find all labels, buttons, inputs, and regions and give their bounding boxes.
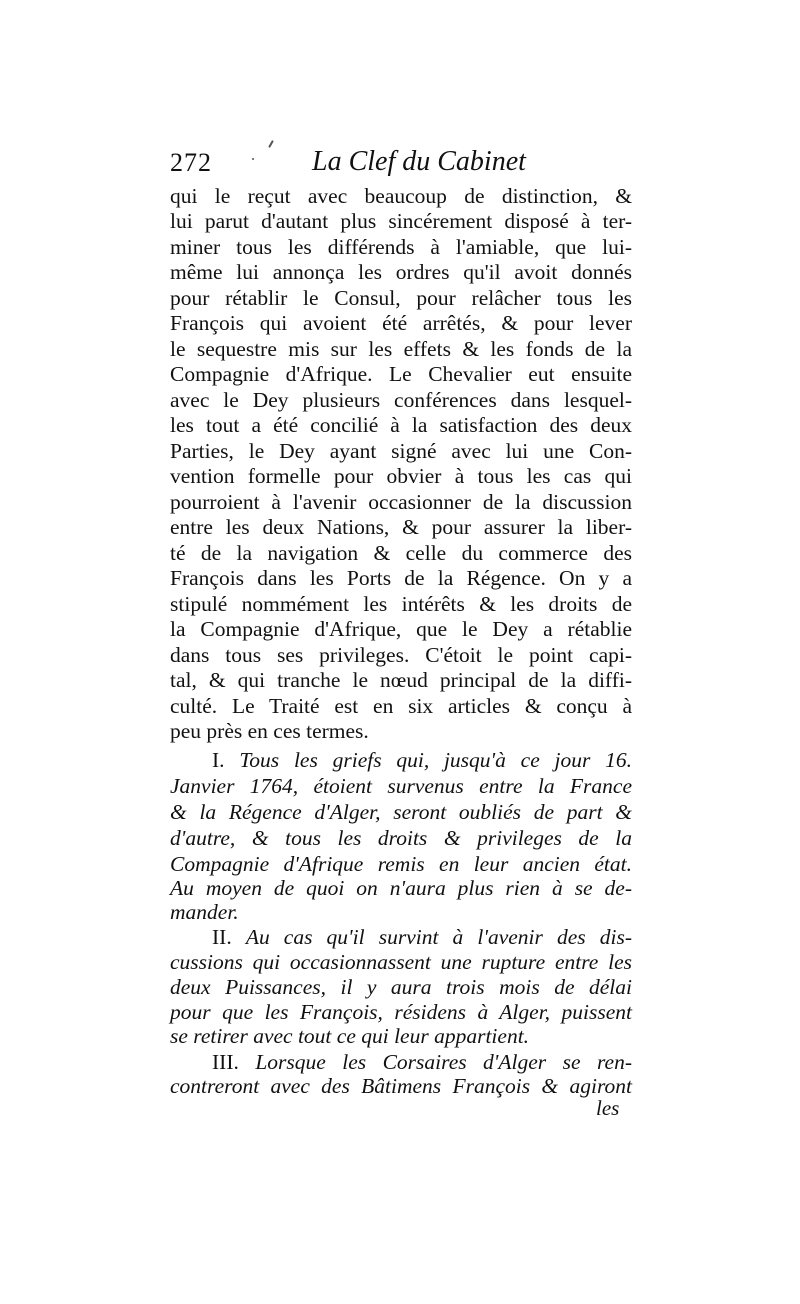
text-line: tal, & qui tranche le nœud principal de … xyxy=(170,668,632,693)
text-line: Compagnie d'Afrique. Le Chevalier eut en… xyxy=(170,362,632,387)
text-line: culté. Le Traité est en six articles & c… xyxy=(170,694,632,719)
text-line: miner tous les différends à l'amiable, q… xyxy=(170,235,632,260)
text-line: François dans les Ports de la Régence. O… xyxy=(170,566,632,591)
text-line: lui parut d'autant plus sincérement disp… xyxy=(170,209,632,234)
text-line: la Compagnie d'Afrique, que le Dey a rét… xyxy=(170,617,632,642)
article-text: Lorsque les Corsaires d'Alger se ren- xyxy=(255,1050,632,1074)
text-line: entre les deux Nations, & pour assurer l… xyxy=(170,515,632,540)
article-line: d'autre, & tous les droits & privileges … xyxy=(170,826,632,851)
article-line: cussions qui occasionnassent une rupture… xyxy=(170,950,632,975)
book-page: 272 La Clef du Cabinet qui le reçut avec… xyxy=(0,0,800,1304)
article-line: deux Puissances, il y aura trois mois de… xyxy=(170,975,632,1000)
article-line: Compagnie d'Afrique remis en leur ancien… xyxy=(170,852,632,877)
text-line: François qui avoient été arrêtés, & pour… xyxy=(170,311,632,336)
article-first-line: I. Tous les griefs qui, jusqu'à ce jour … xyxy=(212,748,632,773)
article-line: pour que les François, résidens à Alger,… xyxy=(170,1000,632,1025)
article-line: & la Régence d'Alger, seront oubliés de … xyxy=(170,800,632,825)
article-line: contreront avec des Bâtimens François & … xyxy=(170,1074,632,1099)
text-line: dans tous ses privileges. C'étoit le poi… xyxy=(170,643,632,668)
article-line: Janvier 1764, étoient survenus entre la … xyxy=(170,774,632,799)
article-first-line: II. Au cas qu'il survint à l'avenir des … xyxy=(212,925,632,950)
article-first-line: III. Lorsque les Corsaires d'Alger se re… xyxy=(212,1050,632,1075)
article-numeral: II. xyxy=(212,925,232,949)
article-line: mander. xyxy=(170,900,632,925)
text-line: stipulé nommément les intérêts & les dro… xyxy=(170,592,632,617)
text-line: peu près en ces termes. xyxy=(170,719,632,744)
running-title: La Clef du Cabinet xyxy=(312,146,526,178)
catchword: les xyxy=(596,1096,619,1121)
article-line: se retirer avec tout ce qui leur apparti… xyxy=(170,1024,632,1049)
text-line: même lui annonça les ordres qu'il avoit … xyxy=(170,260,632,285)
article-numeral: I. xyxy=(212,748,225,772)
text-line: pour rétablir le Consul, pour relâcher t… xyxy=(170,286,632,311)
ink-speck xyxy=(268,140,274,148)
article-text: Tous les griefs qui, jusqu'à ce jour 16. xyxy=(239,748,632,772)
text-line: Parties, le Dey ayant signé avec lui une… xyxy=(170,439,632,464)
article-line: Au moyen de quoi on n'aura plus rien à s… xyxy=(170,876,632,901)
page-header: 272 La Clef du Cabinet xyxy=(170,148,640,182)
text-line: vention formelle pour obvier à tous les … xyxy=(170,464,632,489)
text-line: les tout a été concilié à la satisfactio… xyxy=(170,413,632,438)
article-text: Au cas qu'il survint à l'avenir des dis- xyxy=(246,925,632,949)
text-line: té de la navigation & celle du commerce … xyxy=(170,541,632,566)
article-numeral: III. xyxy=(212,1050,239,1074)
text-line: qui le reçut avec beaucoup de distinctio… xyxy=(170,184,632,209)
text-line: avec le Dey plusieurs conférences dans l… xyxy=(170,388,632,413)
text-line: le sequestre mis sur les effets & les fo… xyxy=(170,337,632,362)
page-number: 272 xyxy=(170,148,212,178)
text-line: pourroient à l'avenir occasionner de la … xyxy=(170,490,632,515)
